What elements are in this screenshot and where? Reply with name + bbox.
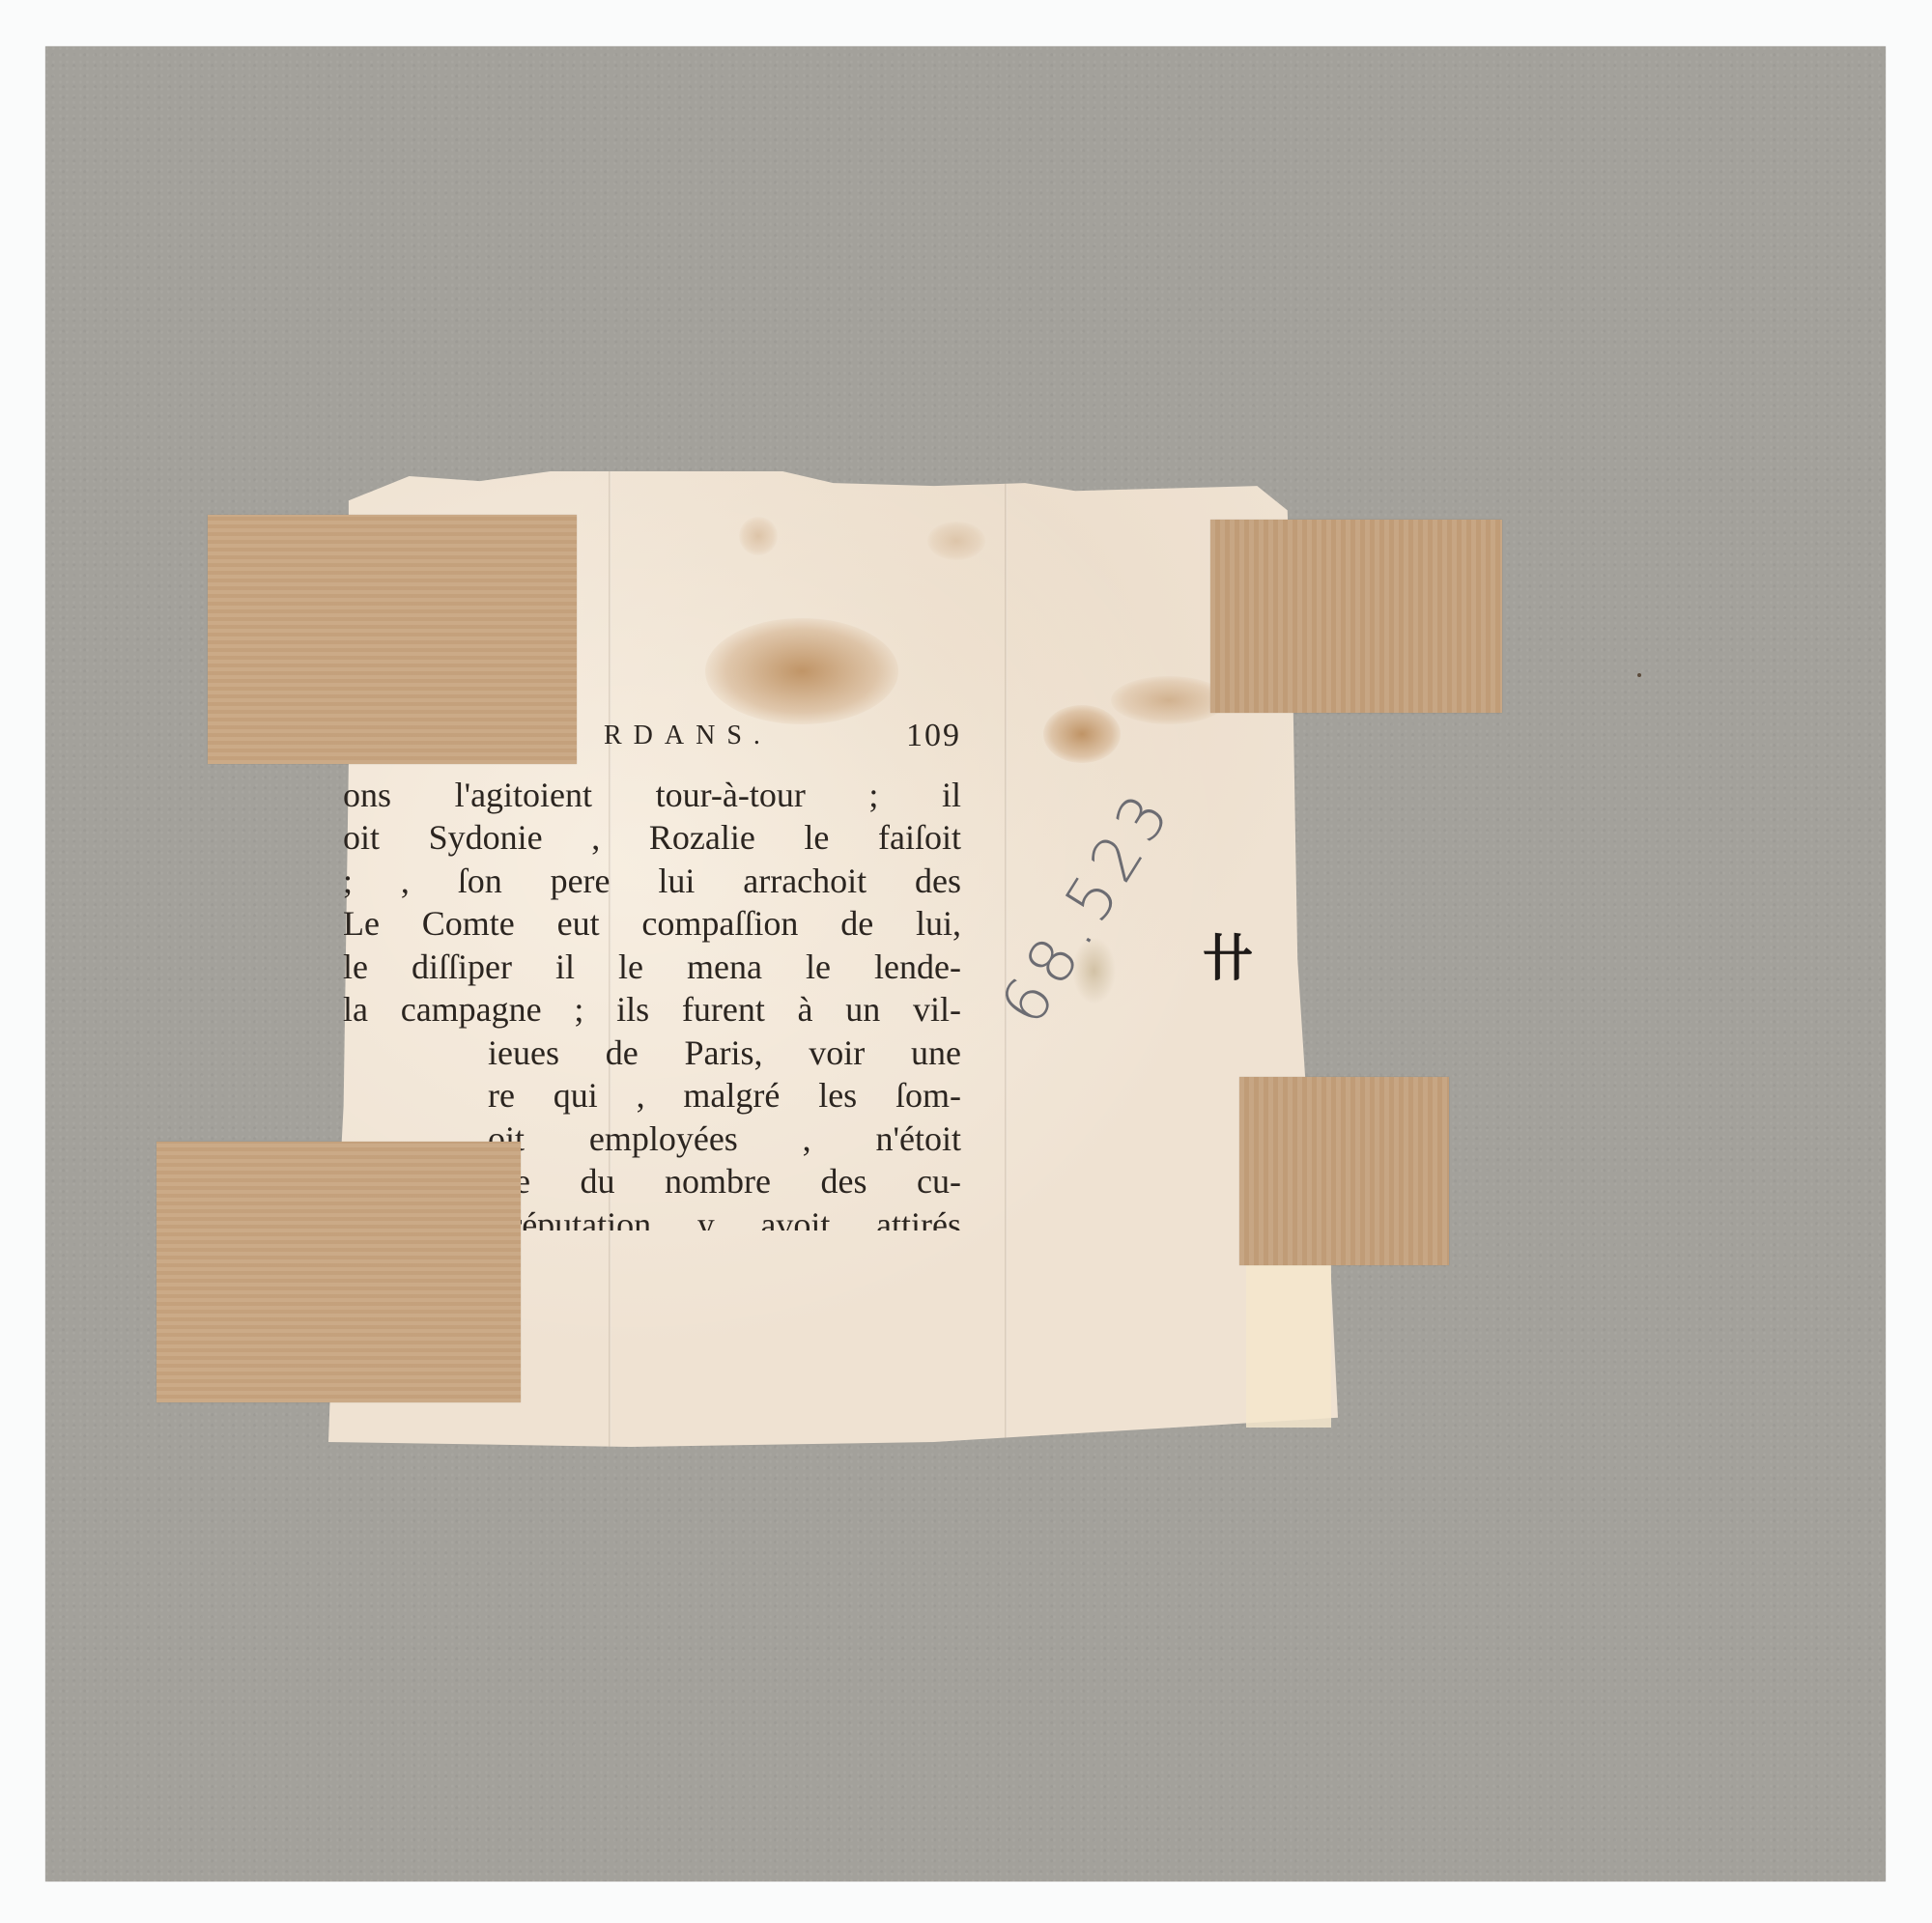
text-line: oit Sydonie , Rozalie le faiſoit bbox=[343, 816, 961, 860]
tape-bottom-left bbox=[156, 1142, 521, 1402]
foxing-stain-streak bbox=[1111, 676, 1227, 724]
tape-top-right bbox=[1210, 520, 1502, 713]
text-line: ieues de Paris, voir une bbox=[343, 1032, 961, 1075]
translucent-hinge bbox=[1246, 1265, 1331, 1428]
tape-bottom-right bbox=[1239, 1077, 1449, 1265]
foxing-spot bbox=[927, 522, 985, 560]
ink-collector-mark: 卄 bbox=[1203, 918, 1253, 990]
text-line: la campagne ; ils furent à un vil- bbox=[343, 988, 961, 1032]
text-line: Le Comte eut compaſſion de lui, bbox=[343, 902, 961, 946]
text-line: re qui , malgré les ſom- bbox=[343, 1074, 961, 1117]
foxing-stain-small bbox=[1043, 705, 1121, 763]
text-line: ons l'agitoient tour-à-tour ; il bbox=[343, 774, 961, 817]
tape-top-left bbox=[208, 515, 577, 764]
text-line: le diſſiper il le mena le lende- bbox=[343, 946, 961, 989]
running-head-title: RDANS. bbox=[604, 715, 772, 758]
text-line: ; , ſon pere lui arrachoit des bbox=[343, 860, 961, 903]
fold-crease-right bbox=[1005, 471, 1008, 1447]
page-number: 109 bbox=[906, 715, 961, 758]
foxing-spot bbox=[739, 517, 778, 555]
board-speck bbox=[1637, 673, 1641, 677]
foxing-stain-large bbox=[705, 618, 898, 724]
